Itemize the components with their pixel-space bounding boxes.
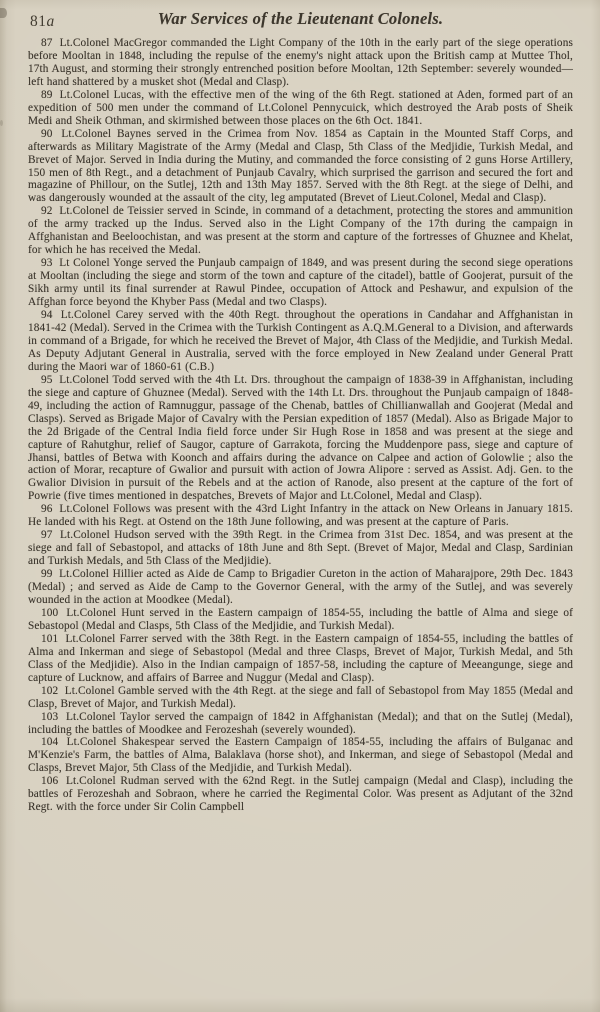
paragraph-number: 97 xyxy=(41,529,56,541)
paragraph-96: 96 Lt.Colonel Follows was present with t… xyxy=(28,503,573,529)
paragraph-99: 99 Lt.Colonel Hillier acted as Aide de C… xyxy=(28,568,573,607)
paragraph-number: 96 xyxy=(41,503,56,515)
paragraph-number: 104 xyxy=(41,736,61,748)
paragraph-number: 92 xyxy=(41,205,56,217)
paragraph-text: Lt Colonel Yonge served the Punjaub camp… xyxy=(28,257,573,308)
paragraph-number: 99 xyxy=(41,568,56,580)
paragraph-97: 97 Lt.Colonel Hudson served with the 39t… xyxy=(28,529,573,568)
paragraph-number: 95 xyxy=(41,374,56,386)
paragraph-text: Lt.Colonel Farrer served with the 38th R… xyxy=(28,633,573,684)
paragraph-number: 101 xyxy=(41,633,61,645)
paragraph-number: 87 xyxy=(41,37,56,49)
document-page: 81a War Services of the Lieutenant Colon… xyxy=(0,0,600,1012)
paragraph-text: Lt.Colonel Gamble served with the 4th Re… xyxy=(28,685,573,710)
page-number-suffix: a xyxy=(47,13,55,30)
paragraph-text: Lt.Colonel Hudson served with the 39th R… xyxy=(28,529,573,567)
page-number-digits: 81 xyxy=(30,13,47,30)
paragraph-92: 92 Lt.Colonel de Teissier served in Scin… xyxy=(28,205,573,257)
paragraph-number: 103 xyxy=(41,711,61,723)
paragraph-text: Lt.Colonel Lucas, with the effective men… xyxy=(28,89,573,127)
paragraph-90: 90 Lt.Colonel Baynes served in the Crime… xyxy=(28,128,573,206)
page-number: 81a xyxy=(30,13,55,31)
paragraph-number: 106 xyxy=(41,775,61,787)
paragraph-number: 94 xyxy=(41,309,56,321)
paragraph-text: Lt.Colonel Baynes served in the Crimea f… xyxy=(28,128,573,205)
paragraph-text: Lt.Colonel MacGregor commanded the Light… xyxy=(28,37,573,88)
paragraph-number: 102 xyxy=(41,685,61,697)
paragraph-104: 104 Lt.Colonel Shakespear served the Eas… xyxy=(28,736,573,775)
paragraph-text: Lt.Colonel Shakespear served the Eastern… xyxy=(28,736,573,774)
paragraph-text: Lt.Colonel Rudman served with the 62nd R… xyxy=(28,775,573,813)
paragraph-101: 101 Lt.Colonel Farrer served with the 38… xyxy=(28,633,573,685)
paragraph-95: 95 Lt.Colonel Todd served with the 4th L… xyxy=(28,374,573,504)
paragraph-89: 89 Lt.Colonel Lucas, with the effective … xyxy=(28,89,573,128)
paragraph-number: 93 xyxy=(41,257,56,269)
paragraph-text: Lt.Colonel Follows was present with the … xyxy=(28,503,573,528)
paragraph-number: 100 xyxy=(41,607,61,619)
paragraph-text: Lt.Colonel Carey served with the 40th Re… xyxy=(28,309,573,373)
paragraph-text: Lt.Colonel Todd served with the 4th Lt. … xyxy=(28,374,573,503)
paragraph-87: 87 Lt.Colonel MacGregor commanded the Li… xyxy=(28,37,573,89)
paragraph-number: 90 xyxy=(41,128,56,140)
paragraph-102: 102 Lt.Colonel Gamble served with the 4t… xyxy=(28,685,573,711)
page-title: War Services of the Lieutenant Colonels. xyxy=(28,9,573,29)
paragraph-number: 89 xyxy=(41,89,56,101)
paragraph-93: 93 Lt Colonel Yonge served the Punjaub c… xyxy=(28,257,573,309)
paragraph-text: Lt.Colonel Hunt served in the Eastern ca… xyxy=(28,607,573,632)
page-header: 81a War Services of the Lieutenant Colon… xyxy=(28,9,573,36)
paragraph-106: 106 Lt.Colonel Rudman served with the 62… xyxy=(28,775,573,814)
paragraph-text: Lt.Colonel Taylor served the campaign of… xyxy=(28,711,573,736)
paragraph-94: 94 Lt.Colonel Carey served with the 40th… xyxy=(28,309,573,374)
paragraph-103: 103 Lt.Colonel Taylor served the campaig… xyxy=(28,711,573,737)
page-content: 81a War Services of the Lieutenant Colon… xyxy=(0,0,600,814)
paragraph-text: Lt.Colonel de Teissier served in Scinde,… xyxy=(28,205,573,256)
paragraph-100: 100 Lt.Colonel Hunt served in the Easter… xyxy=(28,607,573,633)
paragraph-text: Lt.Colonel Hillier acted as Aide de Camp… xyxy=(28,568,573,606)
